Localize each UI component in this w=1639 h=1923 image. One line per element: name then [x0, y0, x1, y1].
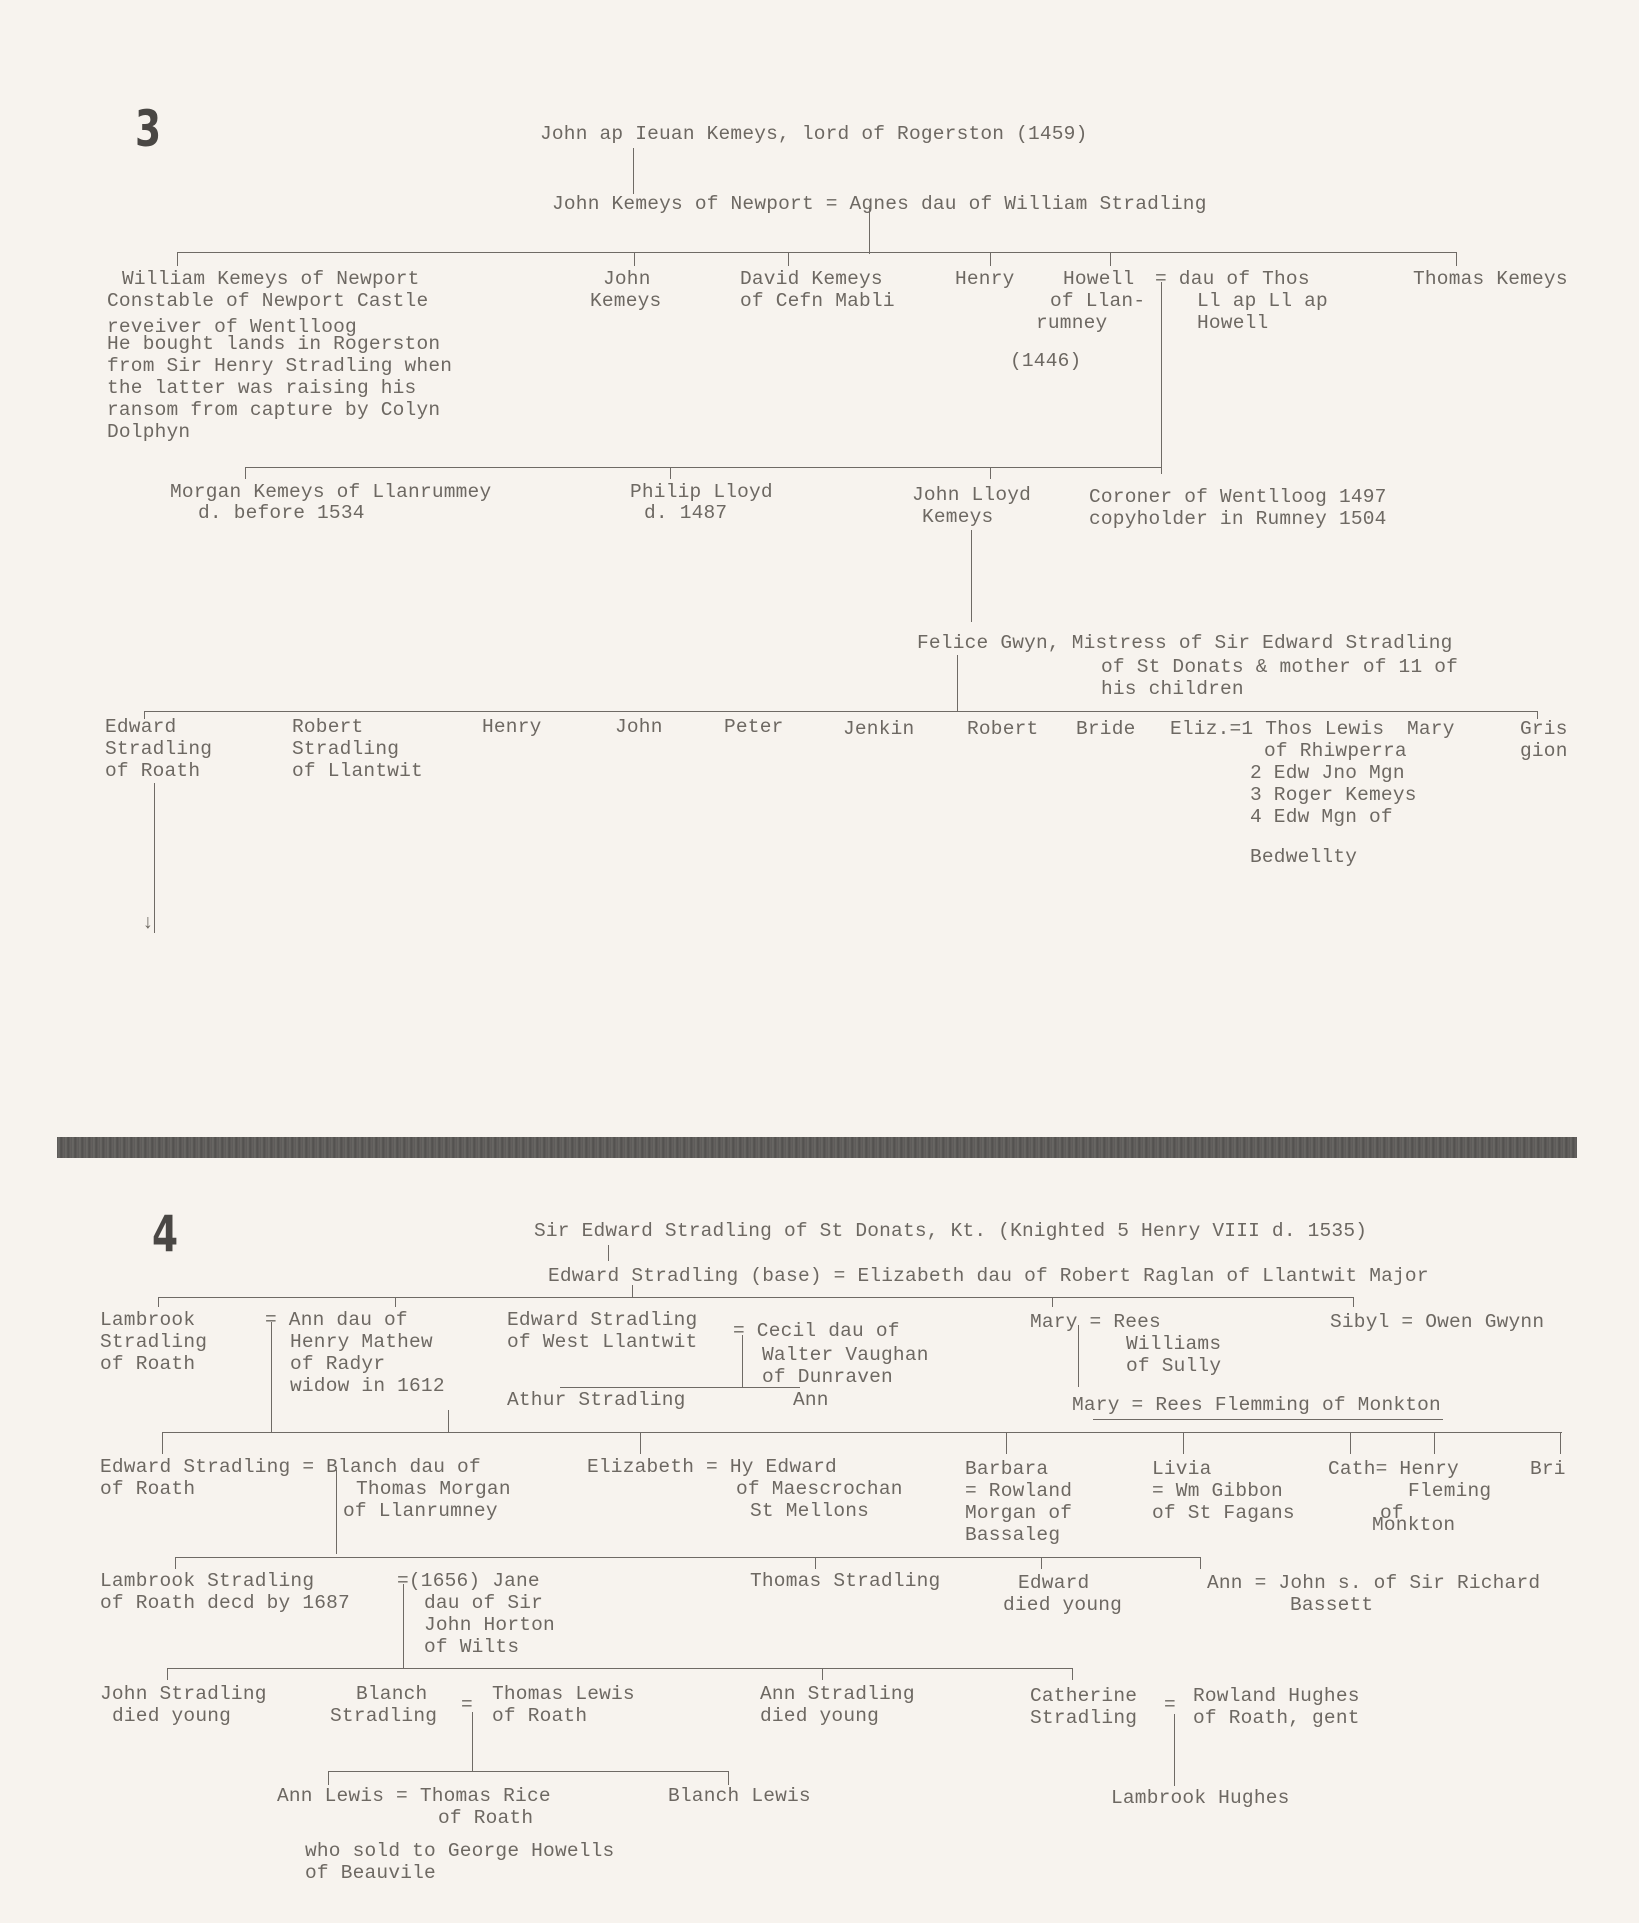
bri-child: Bri [1530, 1458, 1566, 1480]
line [632, 1285, 633, 1297]
henry-child: Henry [482, 716, 542, 738]
ann-lewis-thomas-rice: Ann Lewis = Thomas Rice [277, 1785, 551, 1807]
line [162, 1432, 1562, 1433]
note: Dolphyn [107, 421, 190, 443]
thomas-lewis-roath: Thomas Lewis [492, 1683, 635, 1705]
line [144, 711, 1538, 712]
ann-child: Ann [793, 1389, 829, 1411]
line [245, 467, 246, 479]
line [670, 467, 671, 479]
note: Kemeys [922, 506, 993, 528]
note: died young [112, 1705, 231, 1727]
note: Walter Vaughan [762, 1344, 929, 1366]
line [162, 1432, 163, 1454]
couple-edward-elizabeth: Edward Stradling (base) = Elizabeth dau … [548, 1265, 1429, 1287]
line [640, 1432, 641, 1454]
line [990, 467, 991, 479]
note: of Cefn Mabli [740, 290, 895, 312]
henry: Henry [955, 268, 1015, 290]
lambrook-stradling: Lambrook [100, 1309, 195, 1331]
ann-mathew: = Ann dau of [265, 1309, 408, 1331]
note: of Roath decd by 1687 [100, 1592, 350, 1614]
line [328, 1771, 329, 1785]
line [1174, 1714, 1175, 1786]
arrow-down-icon: ↓ [142, 912, 154, 934]
line [395, 1297, 396, 1307]
john-stradling-died-young: John Stradling [100, 1683, 267, 1705]
note: Kemeys [590, 290, 661, 312]
note: his children [1101, 678, 1244, 700]
note: Bedwellty [1250, 846, 1357, 868]
line [869, 208, 870, 254]
note: from Sir Henry Stradling when [107, 355, 452, 377]
edward-stradling-roath: Edward [105, 716, 176, 738]
ann-stradling-died-young: Ann Stradling [760, 1683, 915, 1705]
line [633, 148, 634, 194]
line [167, 1668, 168, 1680]
note: the latter was raising his [107, 377, 416, 399]
note: Williams [1126, 1333, 1221, 1355]
thomas-stradling: Thomas Stradling [750, 1570, 940, 1592]
note: Bassaleg [965, 1524, 1060, 1546]
morgan-kemeys: Morgan Kemeys of Llanrummey [170, 481, 491, 503]
note: of St Donats & mother of 11 of [1101, 656, 1458, 678]
note: Coroner of Wentlloog 1497 [1089, 486, 1387, 508]
line [1350, 1432, 1351, 1454]
note: Ll ap Ll ap [1197, 290, 1328, 312]
note: 2 Edw Jno Mgn [1250, 762, 1405, 784]
howell: Howell [1063, 268, 1134, 290]
thomas-kemeys: Thomas Kemeys [1413, 268, 1568, 290]
line [1434, 1432, 1435, 1454]
athur-stradling: Athur Stradling [507, 1389, 686, 1411]
line [1052, 1297, 1053, 1307]
note: Morgan of [965, 1502, 1072, 1524]
descent-arrow-line [154, 783, 155, 933]
rowland-hughes: Rowland Hughes [1193, 1685, 1360, 1707]
note: Stradling [105, 738, 212, 760]
note: 3 Roger Kemeys [1250, 784, 1417, 806]
line [472, 1712, 473, 1772]
note: He bought lands in Rogerston [107, 333, 440, 355]
note: of Llanrumney [343, 1500, 498, 1522]
root-john-ap-ieuan: John ap Ieuan Kemeys, lord of Rogerston … [540, 123, 1088, 145]
note: of Roath [100, 1478, 195, 1500]
line [788, 252, 789, 266]
john-child: John [615, 716, 663, 738]
note: Fleming [1408, 1480, 1491, 1502]
note: Henry Mathew [290, 1331, 433, 1353]
note: ransom from capture by Colyn [107, 399, 440, 421]
note: of Roath [438, 1807, 533, 1829]
note: Howell [1197, 312, 1268, 334]
jane-horton: =(1656) Jane [397, 1570, 540, 1592]
note: = Rowland [965, 1480, 1072, 1502]
line [1006, 1432, 1007, 1454]
mary-child: Mary [1407, 718, 1455, 740]
note: Stradling [100, 1331, 207, 1353]
note: d. before 1534 [198, 502, 365, 524]
line [1110, 252, 1111, 266]
sibyl-owen-gwynn: Sibyl = Owen Gwynn [1330, 1311, 1544, 1333]
john-kemeys: John [603, 268, 651, 290]
note: of Roath [100, 1353, 195, 1375]
grisgion-child: Gris [1520, 718, 1568, 740]
note: copyholder in Rumney 1504 [1089, 508, 1387, 530]
ann-john-bassett: Ann = John s. of Sir Richard [1207, 1572, 1540, 1594]
note: Thomas Morgan [356, 1478, 511, 1500]
line [815, 1557, 816, 1569]
line [728, 1771, 729, 1785]
note: of Sully [1126, 1355, 1221, 1377]
line [245, 467, 1161, 468]
edward-died-young: Edward [1018, 1572, 1089, 1594]
line [175, 1557, 1200, 1558]
barbara-rowland-morgan: Barbara [965, 1458, 1048, 1480]
note: of Beauvile [305, 1862, 436, 1884]
edward-stradling-roath-gen3: Edward Stradling = Blanch dau of [100, 1456, 481, 1478]
jenkin-child: Jenkin [843, 718, 914, 740]
philip-lloyd: Philip Lloyd [630, 481, 773, 503]
note: of Llantwit [292, 760, 423, 782]
line [1041, 1557, 1042, 1569]
line [990, 252, 991, 266]
note: of Roath [492, 1705, 587, 1727]
note: Stradling [330, 1705, 437, 1727]
line [336, 1470, 337, 1554]
mary-rees-williams: Mary = Rees [1030, 1311, 1161, 1333]
note: died young [760, 1705, 879, 1727]
blanch-lewis: Blanch Lewis [668, 1785, 811, 1807]
couple-john-agnes: John Kemeys of Newport = Agnes dau of Wi… [552, 193, 1207, 215]
line [971, 530, 972, 622]
note: John Horton [424, 1614, 555, 1636]
note: of West Llantwit [507, 1331, 697, 1353]
cecil-vaughan: = Cecil dau of [733, 1320, 900, 1342]
william-kemeys: William Kemeys of Newport [122, 268, 420, 290]
note: of Dunraven [762, 1366, 893, 1388]
note: d. 1487 [644, 502, 727, 524]
section-number-3: 3 [135, 100, 161, 158]
line [560, 1387, 800, 1388]
line [608, 1245, 609, 1261]
line [1200, 1557, 1201, 1569]
note: = Wm Gibbon [1152, 1480, 1283, 1502]
line [175, 1557, 176, 1569]
note: Constable of Newport Castle [107, 290, 428, 312]
note: Monkton [1372, 1514, 1455, 1536]
note: St Mellons [750, 1500, 869, 1522]
line [167, 1668, 1072, 1669]
line [158, 1297, 1353, 1298]
peter-child: Peter [724, 716, 784, 738]
note: of Rhiwperra [1264, 740, 1407, 762]
section-number-4: 4 [152, 1205, 178, 1263]
line [1183, 1432, 1184, 1454]
equals: = [1164, 1694, 1176, 1716]
howell-spouse: = dau of Thos [1155, 268, 1310, 290]
note: dau of Sir [424, 1592, 543, 1614]
mary-rees-flemming: Mary = Rees Flemming of Monkton [1072, 1394, 1441, 1416]
note: of Radyr [290, 1353, 385, 1375]
note: of Maescrochan [736, 1478, 903, 1500]
line [1072, 1668, 1073, 1680]
lambrook-stradling-gen4: Lambrook Stradling [100, 1570, 314, 1592]
note: of Llan- [1050, 290, 1145, 312]
note: rumney [1036, 312, 1107, 334]
note: gion [1520, 740, 1568, 762]
catherine-stradling: Catherine [1030, 1685, 1137, 1707]
line [1353, 1297, 1354, 1307]
david-kemeys: David Kemeys [740, 268, 883, 290]
line [448, 1410, 449, 1432]
line [1456, 252, 1457, 266]
note: of Roath [105, 760, 200, 782]
note: of St Fagans [1152, 1502, 1295, 1524]
note: widow in 1612 [290, 1375, 445, 1397]
line [957, 655, 958, 711]
elizabeth-hy-edward: Elizabeth = Hy Edward [587, 1456, 837, 1478]
line [1078, 1325, 1079, 1387]
sold-note: who sold to George Howells [305, 1840, 614, 1862]
lambrook-hughes: Lambrook Hughes [1111, 1787, 1290, 1809]
robert-stradling-llantwit: Robert [292, 716, 363, 738]
line [328, 1771, 728, 1772]
line [177, 252, 1457, 253]
line [1560, 1432, 1561, 1454]
line [1161, 282, 1162, 474]
note: 4 Edw Mgn of [1250, 806, 1393, 828]
note: Stradling [292, 738, 399, 760]
eliz-child: Eliz.=1 Thos Lewis [1170, 718, 1384, 740]
blanch-stradling: Blanch [356, 1683, 427, 1705]
note: Bassett [1290, 1594, 1373, 1616]
line [742, 1335, 743, 1387]
livia-wm-gibbon: Livia [1152, 1458, 1212, 1480]
note: died young [1003, 1594, 1122, 1616]
note: Stradling [1030, 1707, 1137, 1729]
felice-gwyn: Felice Gwyn, Mistress of Sir Edward Stra… [917, 632, 1453, 654]
robert-child: Robert [967, 718, 1038, 740]
note: of Roath, gent [1193, 1707, 1360, 1729]
line [403, 1584, 404, 1668]
line [822, 1668, 823, 1680]
note: of Wilts [424, 1636, 519, 1658]
root-sir-edward: Sir Edward Stradling of St Donats, Kt. (… [534, 1220, 1367, 1242]
line [177, 252, 178, 266]
bride-child: Bride [1076, 718, 1136, 740]
cath-henry-fleming: Cath= Henry [1328, 1458, 1459, 1480]
edward-west-llantwit: Edward Stradling [507, 1309, 697, 1331]
line [634, 252, 635, 266]
line [158, 1297, 159, 1307]
line [271, 1322, 272, 1432]
note: (1446) [1010, 350, 1081, 372]
section-divider [57, 1137, 1577, 1158]
line [1093, 1419, 1443, 1420]
john-lloyd-kemeys: John Lloyd [912, 484, 1031, 506]
